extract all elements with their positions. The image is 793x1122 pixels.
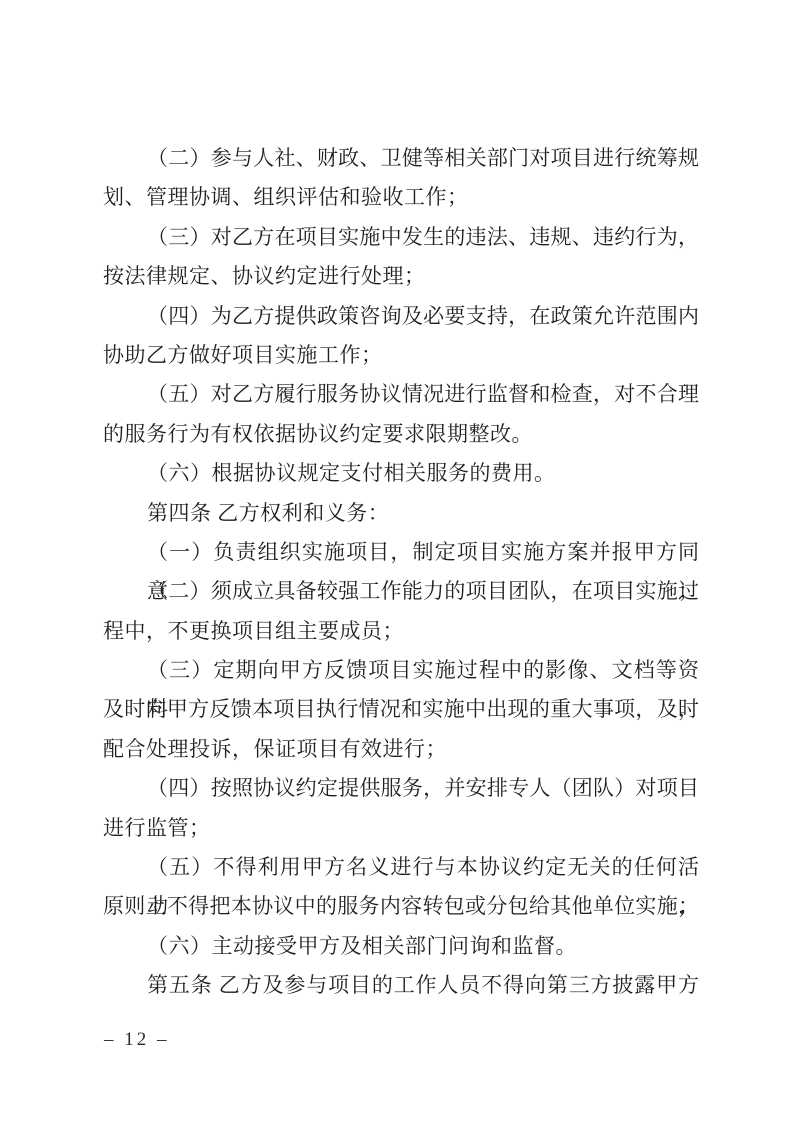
document-line: （六）根据协议规定支付相关服务的费用。	[103, 454, 699, 493]
page-number: – 12 –	[104, 1026, 170, 1054]
document-line: （二）须成立具备较强工作能力的项目团队，在项目实施过	[103, 572, 699, 611]
document-line: 按法律规定、协议约定进行处理；	[103, 257, 699, 296]
document-line: 配合处理投诉，保证项目有效进行；	[103, 730, 699, 769]
document-line: （四）为乙方提供政策咨询及必要支持，在政策允许范围内	[103, 297, 699, 336]
document-line: （二）参与人社、财政、卫健等相关部门对项目进行统筹规	[103, 139, 699, 178]
document-body: （二）参与人社、财政、卫健等相关部门对项目进行统筹规划、管理协调、组织评估和验收…	[103, 139, 699, 1006]
document-line: 原则上不得把本协议中的服务内容转包或分包给其他单位实施；	[103, 887, 699, 926]
document-line: 进行监管；	[103, 809, 699, 848]
document-line: （六）主动接受甲方及相关部门问询和监督。	[103, 927, 699, 966]
document-line: （四）按照协议约定提供服务，并安排专人（团队）对项目	[103, 769, 699, 808]
document-line: 第四条 乙方权利和义务：	[103, 494, 699, 533]
document-line: 划、管理协调、组织评估和验收工作；	[103, 178, 699, 217]
document-line: （三）对乙方在项目实施中发生的违法、违规、违约行为，	[103, 218, 699, 257]
document-line: 第五条 乙方及参与项目的工作人员不得向第三方披露甲方	[103, 966, 699, 1005]
document-line: （五）对乙方履行服务协议情况进行监督和检查，对不合理	[103, 375, 699, 414]
document-line: 及时向甲方反馈本项目执行情况和实施中出现的重大事项，及时	[103, 690, 699, 729]
document-line: （一）负责组织实施项目，制定项目实施方案并报甲方同意；	[103, 533, 699, 572]
document-line: （五）不得利用甲方名义进行与本协议约定无关的任何活动，	[103, 848, 699, 887]
document-line: 程中，不更换项目组主要成员；	[103, 612, 699, 651]
document-line: 的服务行为有权依据协议约定要求限期整改。	[103, 415, 699, 454]
document-line: 协助乙方做好项目实施工作；	[103, 336, 699, 375]
document-page: （二）参与人社、财政、卫健等相关部门对项目进行统筹规划、管理协调、组织评估和验收…	[0, 0, 793, 1122]
document-line: （三）定期向甲方反馈项目实施过程中的影像、文档等资料，	[103, 651, 699, 690]
